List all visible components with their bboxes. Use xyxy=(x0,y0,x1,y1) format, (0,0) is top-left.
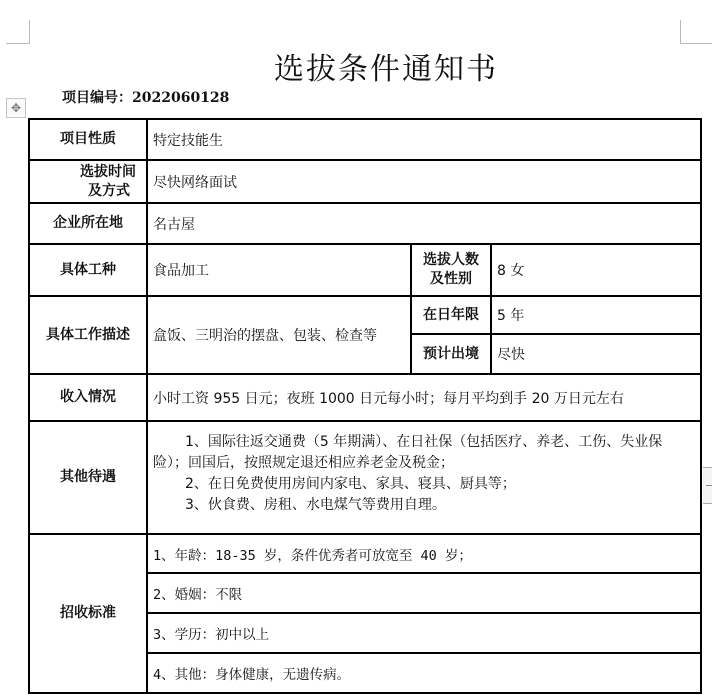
table-row: 具体工作描述 盒饭、三明治的摆盘、包装、检查等 在日年限 5 年 xyxy=(29,296,701,334)
document-title: 选拔条件通知书 xyxy=(0,44,712,88)
table-row: 项目性质 特定技能生 xyxy=(29,119,701,160)
headcount-value: 8 女 xyxy=(491,244,701,296)
table-row: 企业所在地 名古屋 xyxy=(29,203,701,244)
table-row: 具体工种 食品加工 选拔人数 及性别 8 女 xyxy=(29,244,701,296)
selection-time-value: 尽快网络面试 xyxy=(147,160,701,203)
requirement-item: 1、年龄：18-35 岁，条件优秀者可放宽至 40 岁； xyxy=(147,534,701,573)
table-row: 收入情况 小时工资 955 日元；夜班 1000 日元每小时；每月平均到手 20… xyxy=(29,374,701,421)
page-corner-mark-top-right xyxy=(680,20,712,44)
company-location-value: 名古屋 xyxy=(147,203,701,244)
headcount-label: 选拔人数 及性别 xyxy=(411,244,491,296)
table-row: 招收标准 1、年龄：18-35 岁，条件优秀者可放宽至 40 岁； xyxy=(29,534,701,573)
project-number: 项目编号：2022060128 xyxy=(62,87,229,107)
job-description-label: 具体工作描述 xyxy=(29,296,147,374)
table-row: 其他待遇 1、国际往返交通费（5 年期满）、在日社保（包括医疗、养老、工伤、失业… xyxy=(29,421,701,534)
selection-time-label: 选拔时间 及方式 xyxy=(29,160,147,203)
list-item: 3、伙食费、房租、水电煤气等费用自理。 xyxy=(153,495,694,516)
job-description-value: 盒饭、三明治的摆盘、包装、检查等 xyxy=(147,296,411,374)
page-corner-mark-top-left xyxy=(6,20,30,44)
stay-duration-value: 5 年 xyxy=(491,296,701,334)
project-number-label: 项目编号： xyxy=(62,90,132,106)
side-scroll-marker[interactable] xyxy=(703,467,712,504)
requirement-item: 4、其他：身体健康，无遗传病。 xyxy=(147,653,701,693)
conditions-table: 项目性质 特定技能生 选拔时间 及方式 尽快网络面试 企业所在地 名古屋 具体工… xyxy=(28,118,702,694)
departure-label: 预计出境 xyxy=(411,334,491,374)
project-nature-value: 特定技能生 xyxy=(147,119,701,160)
company-location-label: 企业所在地 xyxy=(29,203,147,244)
requirement-item: 3、学历：初中以上 xyxy=(147,613,701,653)
table-row: 选拔时间 及方式 尽快网络面试 xyxy=(29,160,701,203)
stay-duration-label: 在日年限 xyxy=(411,296,491,334)
job-type-label: 具体工种 xyxy=(29,244,147,296)
departure-value: 尽快 xyxy=(491,334,701,374)
job-type-value: 食品加工 xyxy=(147,244,411,296)
list-item: 2、在日免费使用房间内家电、家具、寝具、厨具等； xyxy=(153,474,694,495)
benefits-label: 其他待遇 xyxy=(29,421,147,534)
benefits-value: 1、国际往返交通费（5 年期满）、在日社保（包括医疗、养老、工伤、失业保险）；回… xyxy=(147,421,701,534)
project-nature-label: 项目性质 xyxy=(29,119,147,160)
list-item: 1、国际往返交通费（5 年期满）、在日社保（包括医疗、养老、工伤、失业保险）；回… xyxy=(153,432,694,474)
project-number-value: 2022060128 xyxy=(132,90,229,106)
requirement-item: 2、婚姻：不限 xyxy=(147,573,701,613)
requirements-label: 招收标准 xyxy=(29,534,147,693)
income-label: 收入情况 xyxy=(29,374,147,421)
move-arrows-icon[interactable]: ✥ xyxy=(6,98,26,118)
income-value: 小时工资 955 日元；夜班 1000 日元每小时；每月平均到手 20 万日元左… xyxy=(147,374,701,421)
